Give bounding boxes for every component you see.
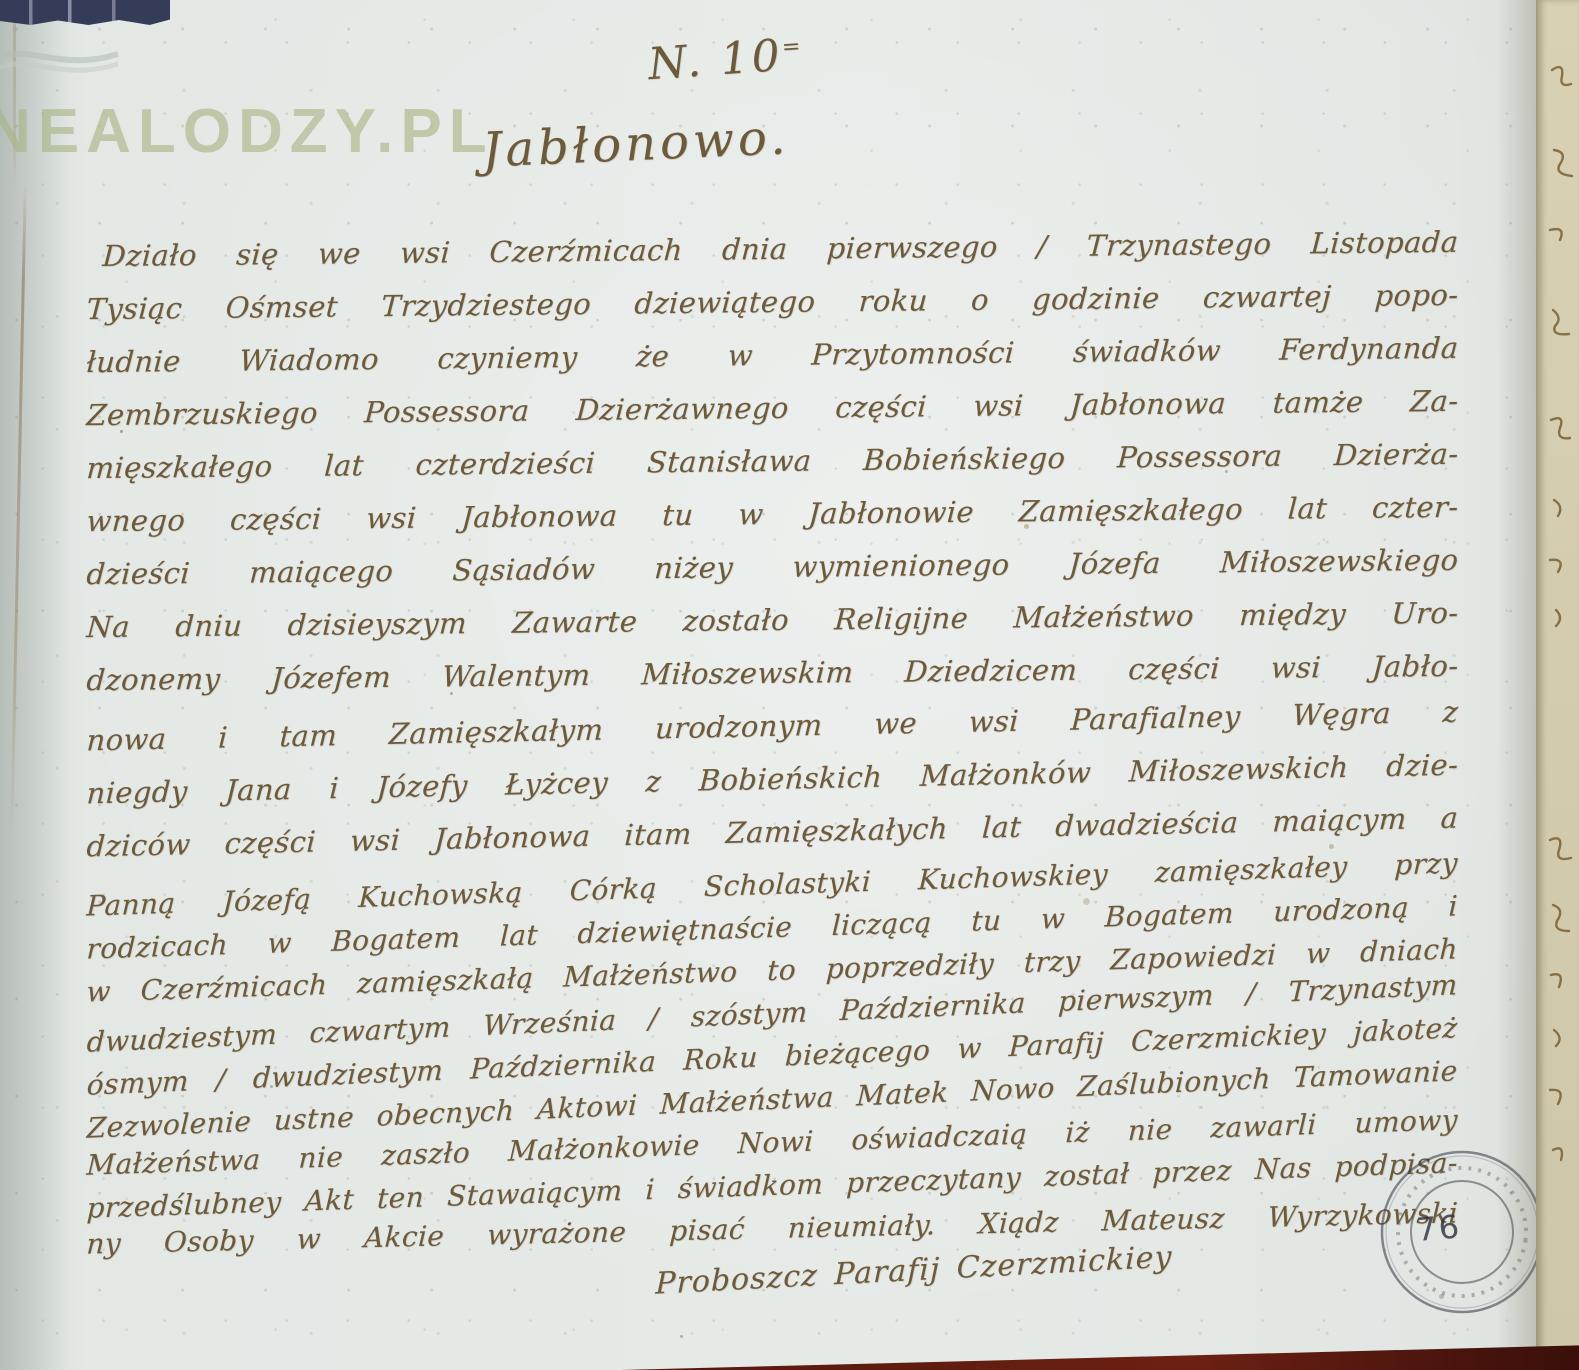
handwritten-text-block: Działo się we wsi Czerźmicach dnia pierw… [86, 232, 1458, 1255]
stamp-rings-icon [1366, 1136, 1558, 1328]
paper-crease [10, 180, 27, 840]
record-number-text: N. 10 [646, 30, 784, 90]
book-binding-edge [620, 1340, 1579, 1370]
cropped-site-logo-icon [0, 0, 170, 25]
record-number: N. 10= [646, 29, 802, 91]
record-title: Jabłonowo. [481, 109, 790, 178]
next-page-writing-fragments [1538, 0, 1579, 1370]
page-gutter-shadow [0, 0, 70, 1370]
next-page-edge-strip [1536, 0, 1579, 1370]
record-number-mark: = [781, 34, 801, 60]
archive-stamp: 76 [1366, 1136, 1558, 1328]
stamp-number: 76 [1415, 1207, 1463, 1249]
watermark-text: NEALODZY.PL [0, 96, 494, 167]
wave-logo-icon [0, 38, 140, 84]
scanned-register-page: NEALODZY.PL N. 10= Jabłonowo. Działo się… [0, 0, 1579, 1370]
